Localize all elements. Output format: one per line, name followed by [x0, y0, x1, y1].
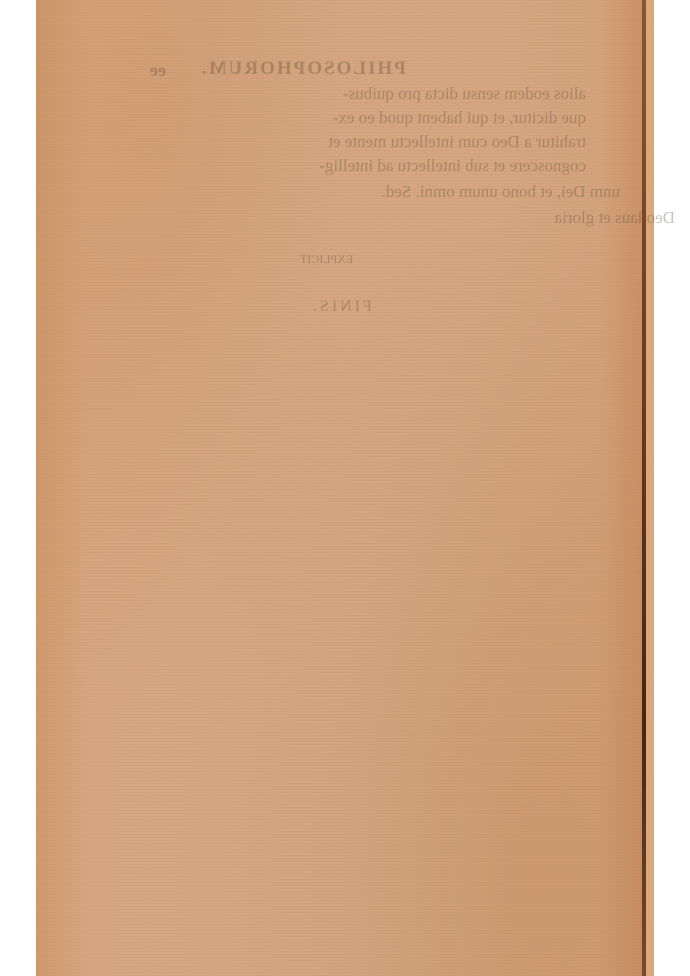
bleed-line: trahitur a Deo cum intellectu mente et [136, 132, 586, 152]
bleed-line: cognoscere et sub intellectu ad intellig… [136, 156, 586, 176]
bleed-line: alios eodem sensu dicta pro quibus- [136, 84, 586, 104]
bleed-line: que dicitur, et qui habent quod eo ex- [136, 108, 586, 128]
bleed-finis: FINIS. [310, 298, 372, 316]
bleed-line: Deo laus et gloria [225, 208, 675, 228]
bleed-running-head: PHILOSOPHORUM. [200, 58, 406, 80]
bleed-page-number: ee [150, 60, 166, 81]
page-edge [646, 0, 654, 976]
bleed-line: unm Dei, et bono unum omni. Sed. [170, 182, 620, 202]
bleed-explicit: EXPLICIT [300, 252, 353, 267]
